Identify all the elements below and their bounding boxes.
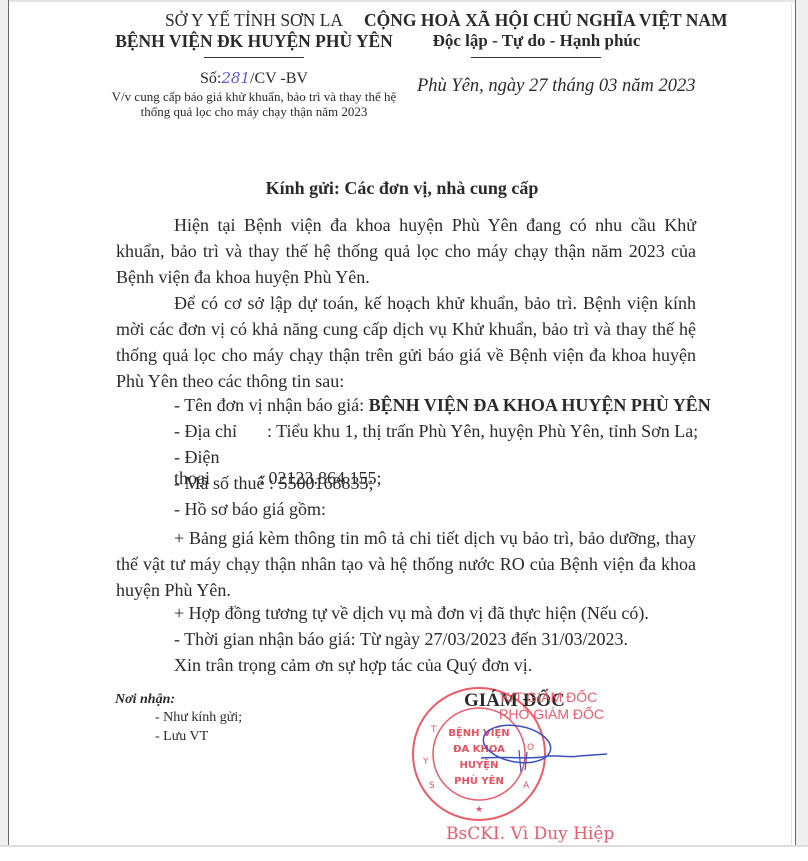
national-title: CỘNG HOÀ XÃ HỘI CHỦ NGHĨA VIỆT NAM: [364, 10, 709, 31]
info-address-label: - Địa chỉ: [174, 421, 267, 442]
svg-text:T: T: [430, 725, 437, 735]
document-number-suffix: /CV -BV: [250, 70, 308, 87]
dossier-item-contracts: + Hợp đồng tương tự về dịch vụ mà đơn vị…: [174, 603, 649, 624]
handwritten-signature-icon: [479, 722, 609, 782]
document-page: SỞ Y YẾ TỈNH SƠN LA BỆNH VIỆN ĐK HUYỆN P…: [9, 2, 795, 845]
paragraph-invitation: Để có cơ sở lập dự toán, kế hoạch khử kh…: [116, 290, 696, 394]
national-motto: Độc lập - Tự do - Hạnh phúc: [364, 31, 709, 51]
info-recipient-label: - Tên đơn vị nhận báo giá:: [174, 395, 369, 415]
page-bottom-edge: [0, 845, 808, 847]
info-tax-code: - Mã số thuế : 5500168835;: [174, 473, 374, 494]
svg-text:Y: Y: [422, 757, 429, 767]
header-right-rule: [471, 57, 601, 58]
info-tax-value: : 5500168835;: [269, 473, 374, 493]
signer-name: BsCKI. Vì Duy Hiệp: [446, 824, 614, 844]
info-recipient-value: BỆNH VIỆN ĐA KHOA HUYỆN PHÙ YÊN: [369, 395, 711, 415]
info-address: - Địa chỉ: Tiểu khu 1, thị trấn Phù Yên,…: [174, 421, 698, 442]
paragraph-intro: Hiện tại Bệnh viện đa khoa huyện Phù Yên…: [116, 212, 696, 290]
recipient-item: - Như kính gửi;: [155, 710, 242, 726]
header-left-rule: [204, 57, 304, 58]
paragraph-invitation-text: Để có cơ sở lập dự toán, kế hoạch khử kh…: [116, 293, 696, 391]
viewer-left-gutter: [0, 0, 9, 845]
recipients-title: Nơi nhận:: [115, 692, 175, 708]
document-number-handwritten: 281: [221, 69, 250, 87]
deadline: - Thời gian nhận báo giá: Từ ngày 27/03/…: [174, 629, 628, 650]
parent-organization: SỞ Y YẾ TỈNH SƠN LA: [104, 10, 404, 31]
page-scan-edge: [791, 4, 792, 847]
recipient-item: - Lưu VT: [155, 729, 208, 745]
info-recipient: - Tên đơn vị nhận báo giá: BỆNH VIỆN ĐA …: [174, 395, 711, 416]
svg-text:★: ★: [475, 805, 483, 815]
viewer-right-gutter: [795, 0, 808, 845]
svg-text:S: S: [429, 781, 435, 791]
info-address-value: : Tiểu khu 1, thị trấn Phù Yên, huyện Ph…: [267, 421, 698, 441]
document-subject: V/v cung cấp báo giá khử khuẩn, bảo trì …: [104, 89, 404, 119]
stamp-title-line-1: K/T GIÁM ĐỐC: [501, 689, 597, 705]
document-number-prefix: Số:: [200, 70, 221, 87]
svg-text:A: A: [523, 781, 530, 791]
info-dossier: - Hồ sơ báo giá gồm:: [174, 499, 326, 520]
place-and-date: Phù Yên, ngày 27 tháng 03 năm 2023: [417, 76, 696, 97]
info-tax-label: - Mã số thuế: [174, 473, 264, 493]
dossier-item-price-list-text: + Bảng giá kèm thông tin mô tả chi tiết …: [116, 528, 696, 600]
stamp-title-line-2: PHÓ GIÁM ĐỐC: [499, 706, 604, 722]
document-number: Số:281/CV -BV: [104, 69, 404, 88]
paragraph-intro-text: Hiện tại Bệnh viện đa khoa huyện Phù Yên…: [116, 215, 696, 287]
dossier-item-price-list: + Bảng giá kèm thông tin mô tả chi tiết …: [116, 525, 696, 603]
closing: Xin trân trọng cảm ơn sự hợp tác của Quý…: [174, 655, 532, 676]
salutation: Kính gửi: Các đơn vị, nhà cung cấp: [9, 178, 795, 199]
